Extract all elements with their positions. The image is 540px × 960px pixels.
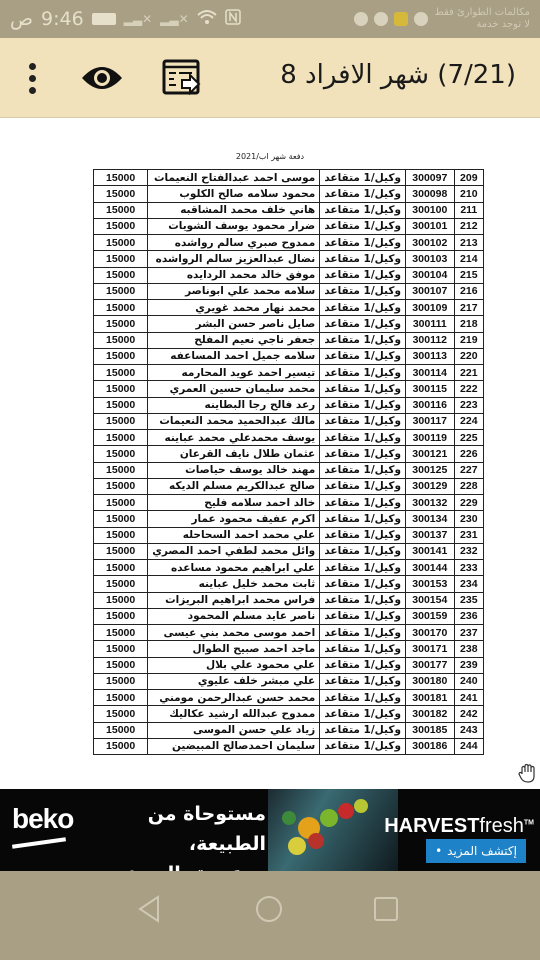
row-type: وكيل/1 متقاعد [320, 381, 406, 397]
table-row: 214300103وكيل/1 متقاعدنضال عبدالعزيز سال… [94, 251, 484, 267]
row-type: وكيل/1 متقاعد [320, 332, 406, 348]
row-name: صايل ناصر حسن البشر [148, 316, 320, 332]
table-row: 235300154وكيل/1 متقاعدفراس محمد ابراهيم … [94, 592, 484, 608]
row-name: سلامه محمد علي ابوناصر [148, 283, 320, 299]
row-amount: 15000 [94, 218, 148, 234]
row-name: رعد فالح رجا البطاينه [148, 397, 320, 413]
beko-logo: beko [12, 803, 73, 835]
row-amount: 15000 [94, 332, 148, 348]
row-seq: 226 [454, 446, 483, 462]
learn-more-label: إكتشف المزيد [447, 844, 517, 858]
table-row: 233300144وكيل/1 متقاعدعلي ابراهيم محمود … [94, 560, 484, 576]
more-vert-icon[interactable] [22, 58, 42, 98]
table-row: 240300180وكيل/1 متقاعدعلي مبشر خلف عليوي… [94, 673, 484, 689]
row-amount: 15000 [94, 478, 148, 494]
row-type: وكيل/1 متقاعد [320, 690, 406, 706]
row-id: 300119 [405, 430, 454, 446]
row-type: وكيل/1 متقاعد [320, 283, 406, 299]
row-seq: 244 [454, 738, 483, 754]
row-seq: 214 [454, 251, 483, 267]
table-row: 234300153وكيل/1 متقاعدثابت محمد خليل عبا… [94, 576, 484, 592]
row-name: ثابت محمد خليل عباينه [148, 576, 320, 592]
row-type: وكيل/1 متقاعد [320, 397, 406, 413]
row-type: وكيل/1 متقاعد [320, 478, 406, 494]
row-id: 300137 [405, 527, 454, 543]
table-row: 210300098وكيل/1 متقاعدمحمود سلامه صالح ا… [94, 186, 484, 202]
row-seq: 218 [454, 316, 483, 332]
row-amount: 15000 [94, 738, 148, 754]
row-amount: 15000 [94, 543, 148, 559]
row-seq: 224 [454, 413, 483, 429]
row-seq: 231 [454, 527, 483, 543]
table-row: 219300112وكيل/1 متقاعدجعفر ناجي نعيم الم… [94, 332, 484, 348]
row-amount: 15000 [94, 690, 148, 706]
harvestfresh-logo: HARVESTfreshTM [384, 815, 534, 838]
row-seq: 221 [454, 365, 483, 381]
row-amount: 15000 [94, 511, 148, 527]
row-seq: 213 [454, 235, 483, 251]
facebook-icon [374, 12, 388, 26]
row-name: نضال عبدالعزيز سالم الرواشده [148, 251, 320, 267]
row-name: محمود سلامه صالح الكلوب [148, 186, 320, 202]
row-id: 300107 [405, 283, 454, 299]
row-amount: 15000 [94, 576, 148, 592]
row-name: فراس محمد ابراهيم البريزات [148, 592, 320, 608]
row-amount: 15000 [94, 495, 148, 511]
row-amount: 15000 [94, 283, 148, 299]
table-row: 223300116وكيل/1 متقاعدرعد فالح رجا البطا… [94, 397, 484, 413]
row-type: وكيل/1 متقاعد [320, 235, 406, 251]
row-type: وكيل/1 متقاعد [320, 722, 406, 738]
row-seq: 230 [454, 511, 483, 527]
table-row: 212300101وكيل/1 متقاعدضرار محمود يوسف ال… [94, 218, 484, 234]
row-name: محمد حسن عبدالرحمن مومني [148, 690, 320, 706]
row-seq: 210 [454, 186, 483, 202]
row-type: وكيل/1 متقاعد [320, 365, 406, 381]
row-amount: 15000 [94, 592, 148, 608]
document-caption: دفعة شهر اب/2021 [0, 152, 540, 161]
page-title: (7/21) شهر الافراد 8 [280, 60, 516, 90]
row-type: وكيل/1 متقاعد [320, 413, 406, 429]
row-name: خالد احمد سلامه فليح [148, 495, 320, 511]
row-type: وكيل/1 متقاعد [320, 511, 406, 527]
no-signal-icon: ▂▃✕ [124, 12, 153, 26]
row-id: 300144 [405, 560, 454, 576]
row-type: وكيل/1 متقاعد [320, 706, 406, 722]
row-type: وكيل/1 متقاعد [320, 251, 406, 267]
row-type: وكيل/1 متقاعد [320, 186, 406, 202]
ad-headline-line-2: مدعومة بالضوء [86, 859, 266, 871]
app-bar: (7/21) شهر الافراد 8 [0, 38, 540, 118]
row-type: وكيل/1 متقاعد [320, 592, 406, 608]
row-amount: 15000 [94, 625, 148, 641]
row-name: ممدوح عبدالله ارشيد عكاليك [148, 706, 320, 722]
row-name: جعفر ناجي نعيم المفلح [148, 332, 320, 348]
carrier-info: مكالمات الطوارئ فقط لا توجد خدمة [434, 7, 530, 31]
carrier-line-1: مكالمات الطوارئ فقط [434, 7, 530, 19]
row-amount: 15000 [94, 251, 148, 267]
learn-more-button[interactable]: إكتشف المزيد • [426, 839, 526, 863]
table-row: 224300117وكيل/1 متقاعدمالك عبدالحميد محم… [94, 413, 484, 429]
row-seq: 219 [454, 332, 483, 348]
row-id: 300182 [405, 706, 454, 722]
row-name: محمد سليمان حسين العمري [148, 381, 320, 397]
no-signal-icon: ▂▃✕ [160, 12, 189, 26]
row-type: وكيل/1 متقاعد [320, 625, 406, 641]
row-seq: 212 [454, 218, 483, 234]
system-nav-bar [0, 871, 540, 960]
row-type: وكيل/1 متقاعد [320, 543, 406, 559]
row-id: 300180 [405, 673, 454, 689]
row-name: مهند خالد يوسف حياصات [148, 462, 320, 478]
row-name: ناصر عايد مسلم المحمود [148, 608, 320, 624]
row-type: وكيل/1 متقاعد [320, 300, 406, 316]
table-row: 221300114وكيل/1 متقاعدتيسير احمد عويد ال… [94, 365, 484, 381]
messenger-icon [354, 12, 368, 26]
export-icon[interactable] [162, 58, 202, 98]
row-id: 300159 [405, 608, 454, 624]
row-seq: 236 [454, 608, 483, 624]
row-seq: 225 [454, 430, 483, 446]
row-amount: 15000 [94, 430, 148, 446]
row-id: 300097 [405, 170, 454, 186]
row-name: ممدوح صبري سالم رواشده [148, 235, 320, 251]
table-row: 239300177وكيل/1 متقاعدعلي محمود علي بلال… [94, 657, 484, 673]
row-id: 300154 [405, 592, 454, 608]
row-name: ماجد احمد صبيح الطوال [148, 641, 320, 657]
table-row: 217300109وكيل/1 متقاعدمحمد نهار محمد غوي… [94, 300, 484, 316]
table-row: 236300159وكيل/1 متقاعدناصر عايد مسلم الم… [94, 608, 484, 624]
bullet-icon: • [435, 844, 442, 858]
row-seq: 237 [454, 625, 483, 641]
row-name: هاني خلف محمد المشاقبه [148, 202, 320, 218]
fridge-drawer-image [268, 789, 398, 871]
row-id: 300153 [405, 576, 454, 592]
row-id: 300129 [405, 478, 454, 494]
row-type: وكيل/1 متقاعد [320, 446, 406, 462]
row-amount: 15000 [94, 657, 148, 673]
row-name: عثمان طلال نايف القرعان [148, 446, 320, 462]
row-amount: 15000 [94, 348, 148, 364]
table-row: 238300171وكيل/1 متقاعدماجد احمد صبيح الط… [94, 641, 484, 657]
payment-table: 209300097وكيل/1 متقاعدموسى احمد عبدالفتا… [93, 169, 484, 755]
row-type: وكيل/1 متقاعد [320, 738, 406, 754]
row-seq: 243 [454, 722, 483, 738]
row-name: تيسير احمد عويد المحارمه [148, 365, 320, 381]
am-pm-label: ص [10, 8, 33, 30]
row-amount: 15000 [94, 381, 148, 397]
table-row: 218300111وكيل/1 متقاعدصايل ناصر حسن البش… [94, 316, 484, 332]
eye-icon[interactable] [80, 62, 124, 94]
row-amount: 15000 [94, 170, 148, 186]
table-row: 216300107وكيل/1 متقاعدسلامه محمد علي ابو… [94, 283, 484, 299]
row-id: 300134 [405, 511, 454, 527]
row-amount: 15000 [94, 641, 148, 657]
row-seq: 240 [454, 673, 483, 689]
status-left: ص 9:46 ▂▃✕ ▂▃✕ [10, 8, 241, 30]
row-id: 300141 [405, 543, 454, 559]
clock: 9:46 [41, 8, 84, 30]
row-name: سلامه جميل احمد المساعفه [148, 348, 320, 364]
row-amount: 15000 [94, 608, 148, 624]
table-row: 231300137وكيل/1 متقاعدعلي محمد احمد السح… [94, 527, 484, 543]
row-seq: 242 [454, 706, 483, 722]
row-id: 300104 [405, 267, 454, 283]
row-id: 300181 [405, 690, 454, 706]
row-type: وكيل/1 متقاعد [320, 608, 406, 624]
row-seq: 239 [454, 657, 483, 673]
row-amount: 15000 [94, 300, 148, 316]
row-name: مالك عبدالحميد محمد النعيمات [148, 413, 320, 429]
row-name: علي محمود علي بلال [148, 657, 320, 673]
row-id: 300186 [405, 738, 454, 754]
row-id: 300177 [405, 657, 454, 673]
table-row: 215300104وكيل/1 متقاعدموفق خالد محمد الر… [94, 267, 484, 283]
document-viewer[interactable]: دفعة شهر اب/2021 209300097وكيل/1 متقاعدم… [0, 119, 540, 789]
row-type: وكيل/1 متقاعد [320, 202, 406, 218]
table-row: 244300186وكيل/1 متقاعدسليمان احمدصالح ال… [94, 738, 484, 754]
row-name: وائل محمد لطفي احمد المصري [148, 543, 320, 559]
back-icon[interactable] [132, 891, 168, 927]
battery-icon [92, 13, 116, 25]
recents-icon[interactable] [368, 891, 404, 927]
table-row: 241300181وكيل/1 متقاعدمحمد حسن عبدالرحمن… [94, 690, 484, 706]
row-name: يوسف محمدعلي محمد عباينه [148, 430, 320, 446]
row-type: وكيل/1 متقاعد [320, 348, 406, 364]
home-icon[interactable] [251, 891, 287, 927]
row-seq: 234 [454, 576, 483, 592]
table-row: 209300097وكيل/1 متقاعدموسى احمد عبدالفتا… [94, 170, 484, 186]
row-seq: 220 [454, 348, 483, 364]
row-seq: 215 [454, 267, 483, 283]
row-type: وكيل/1 متقاعد [320, 495, 406, 511]
row-name: زياد علي حسن الموسى [148, 722, 320, 738]
table-row: 226300121وكيل/1 متقاعدعثمان طلال نايف ال… [94, 446, 484, 462]
ad-headline: مستوحاة من الطبيعة، مدعومة بالضوء [86, 799, 266, 871]
row-amount: 15000 [94, 706, 148, 722]
ad-banner[interactable]: beko مستوحاة من الطبيعة، مدعومة بالضوء H… [0, 789, 540, 871]
row-name: احمد موسى محمد بني عيسى [148, 625, 320, 641]
row-name: ضرار محمود يوسف الشويات [148, 218, 320, 234]
row-type: وكيل/1 متقاعد [320, 267, 406, 283]
row-id: 300114 [405, 365, 454, 381]
row-amount: 15000 [94, 462, 148, 478]
row-id: 300101 [405, 218, 454, 234]
row-seq: 217 [454, 300, 483, 316]
row-id: 300132 [405, 495, 454, 511]
table-row: 242300182وكيل/1 متقاعدممدوح عبدالله ارشي… [94, 706, 484, 722]
row-type: وكيل/1 متقاعد [320, 430, 406, 446]
row-type: وكيل/1 متقاعد [320, 462, 406, 478]
row-amount: 15000 [94, 560, 148, 576]
row-amount: 15000 [94, 202, 148, 218]
row-id: 300098 [405, 186, 454, 202]
row-name: اكرم عفيف محمود عمار [148, 511, 320, 527]
row-amount: 15000 [94, 365, 148, 381]
row-amount: 15000 [94, 316, 148, 332]
table-row: 211300100وكيل/1 متقاعدهاني خلف محمد المش… [94, 202, 484, 218]
row-name: موسى احمد عبدالفتاح النعيمات [148, 170, 320, 186]
table-row: 237300170وكيل/1 متقاعداحمد موسى محمد بني… [94, 625, 484, 641]
notification-icon [414, 12, 428, 26]
row-type: وكيل/1 متقاعد [320, 316, 406, 332]
row-seq: 211 [454, 202, 483, 218]
row-id: 300185 [405, 722, 454, 738]
row-name: علي محمد احمد السحاحله [148, 527, 320, 543]
row-seq: 228 [454, 478, 483, 494]
row-type: وكيل/1 متقاعد [320, 641, 406, 657]
row-type: وكيل/1 متقاعد [320, 527, 406, 543]
row-id: 300102 [405, 235, 454, 251]
row-name: علي مبشر خلف عليوي [148, 673, 320, 689]
row-seq: 229 [454, 495, 483, 511]
table-row: 232300141وكيل/1 متقاعدوائل محمد لطفي احم… [94, 543, 484, 559]
row-seq: 222 [454, 381, 483, 397]
row-id: 300112 [405, 332, 454, 348]
row-id: 300125 [405, 462, 454, 478]
row-type: وكيل/1 متقاعد [320, 560, 406, 576]
hand-pan-icon[interactable] [517, 762, 539, 784]
row-amount: 15000 [94, 446, 148, 462]
table-row: 243300185وكيل/1 متقاعدزياد علي حسن الموس… [94, 722, 484, 738]
row-id: 300115 [405, 381, 454, 397]
table-row: 227300125وكيل/1 متقاعدمهند خالد يوسف حيا… [94, 462, 484, 478]
row-id: 300170 [405, 625, 454, 641]
row-id: 300117 [405, 413, 454, 429]
table-row: 229300132وكيل/1 متقاعدخالد احمد سلامه فل… [94, 495, 484, 511]
row-amount: 15000 [94, 673, 148, 689]
row-seq: 241 [454, 690, 483, 706]
status-bar: ص 9:46 ▂▃✕ ▂▃✕ مكالمات الطوارئ فقط لا تو… [0, 0, 540, 38]
carrier-line-2: لا توجد خدمة [434, 19, 530, 31]
row-seq: 227 [454, 462, 483, 478]
row-id: 300109 [405, 300, 454, 316]
row-amount: 15000 [94, 722, 148, 738]
row-amount: 15000 [94, 413, 148, 429]
ad-headline-line-1: مستوحاة من الطبيعة، [86, 799, 266, 859]
row-name: موفق خالد محمد الردايده [148, 267, 320, 283]
row-name: سليمان احمدصالح المبيضين [148, 738, 320, 754]
row-id: 300116 [405, 397, 454, 413]
status-right: مكالمات الطوارئ فقط لا توجد خدمة [354, 7, 530, 31]
row-id: 300113 [405, 348, 454, 364]
logo-underline [12, 837, 66, 848]
row-amount: 15000 [94, 186, 148, 202]
table-row: 222300115وكيل/1 متقاعدمحمد سليمان حسين ا… [94, 381, 484, 397]
row-name: علي ابراهيم محمود مساعده [148, 560, 320, 576]
row-amount: 15000 [94, 267, 148, 283]
row-name: محمد نهار محمد غويري [148, 300, 320, 316]
row-seq: 233 [454, 560, 483, 576]
table-row: 225300119وكيل/1 متقاعديوسف محمدعلي محمد … [94, 430, 484, 446]
row-type: وكيل/1 متقاعد [320, 576, 406, 592]
row-type: وكيل/1 متقاعد [320, 657, 406, 673]
row-type: وكيل/1 متقاعد [320, 170, 406, 186]
row-name: صالح عبدالكريم مسلم الديكه [148, 478, 320, 494]
row-id: 300100 [405, 202, 454, 218]
row-seq: 223 [454, 397, 483, 413]
table-row: 228300129وكيل/1 متقاعدصالح عبدالكريم مسل… [94, 478, 484, 494]
row-type: وكيل/1 متقاعد [320, 673, 406, 689]
row-seq: 209 [454, 170, 483, 186]
row-id: 300103 [405, 251, 454, 267]
row-id: 300111 [405, 316, 454, 332]
row-amount: 15000 [94, 527, 148, 543]
row-seq: 238 [454, 641, 483, 657]
table-row: 230300134وكيل/1 متقاعداكرم عفيف محمود عم… [94, 511, 484, 527]
row-id: 300121 [405, 446, 454, 462]
row-amount: 15000 [94, 235, 148, 251]
table-row: 220300113وكيل/1 متقاعدسلامه جميل احمد ال… [94, 348, 484, 364]
row-seq: 232 [454, 543, 483, 559]
row-type: وكيل/1 متقاعد [320, 218, 406, 234]
nfc-icon [225, 8, 241, 30]
row-amount: 15000 [94, 397, 148, 413]
table-row: 213300102وكيل/1 متقاعدممدوح صبري سالم رو… [94, 235, 484, 251]
row-seq: 235 [454, 592, 483, 608]
vpn-icon [394, 12, 408, 26]
row-seq: 216 [454, 283, 483, 299]
row-id: 300171 [405, 641, 454, 657]
wifi-icon [197, 8, 217, 30]
